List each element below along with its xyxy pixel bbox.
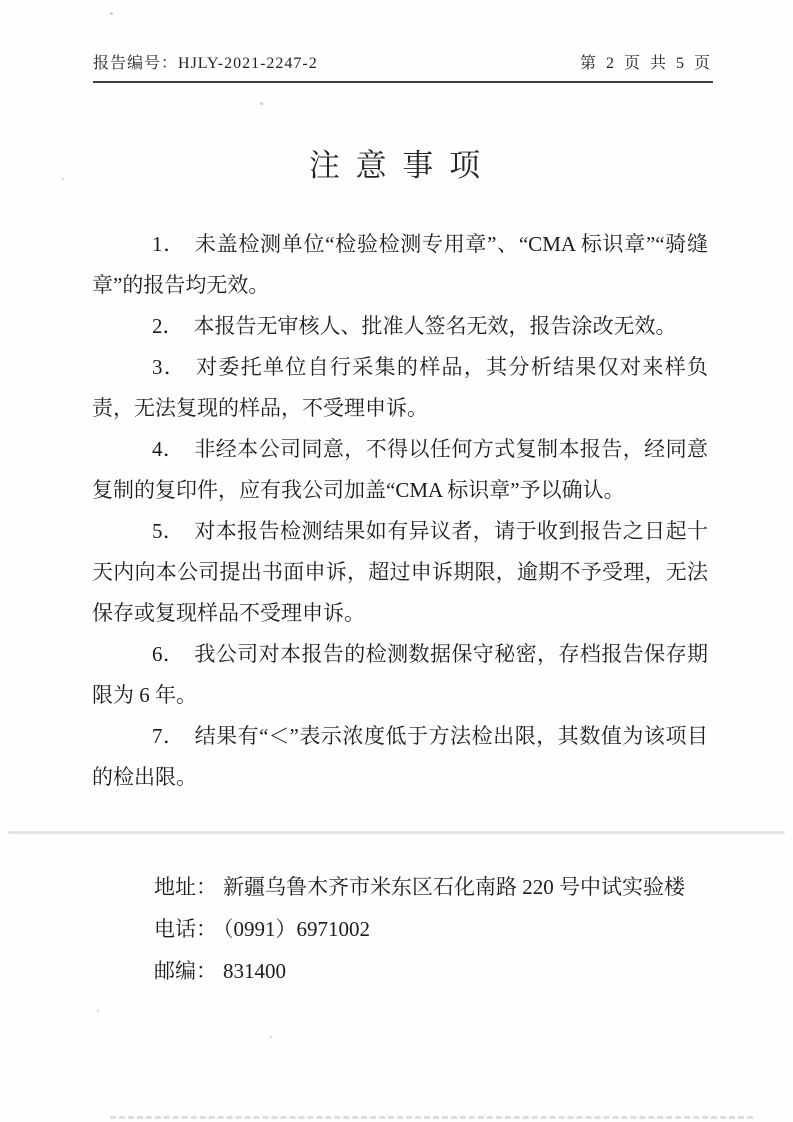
note-item-6: 6．我公司对本报告的检测数据保守秘密，存档报告保存期限为 6 年。	[92, 634, 708, 716]
note-item-3: 3．对委托单位自行采集的样品，其分析结果仅对来样负责，无法复现的样品，不受理申诉…	[92, 347, 708, 429]
page-header: 报告编号：HJLY-2021-2247-2 第 2 页 共 5 页	[93, 50, 713, 83]
note-text: 我公司对本报告的检测数据保守秘密，存档报告保存期限为 6 年。	[92, 642, 708, 707]
address-value: 新疆乌鲁木齐市米东区石化南路 220 号中试实验楼	[223, 875, 685, 899]
postcode-label: 邮编：	[154, 959, 217, 983]
report-number-label: 报告编号：	[93, 55, 178, 72]
phone-row: 电话：（0991）6971002	[154, 908, 685, 950]
address-label: 地址：	[154, 875, 217, 899]
page-indicator: 第 2 页 共 5 页	[580, 50, 713, 73]
note-number: 1．	[152, 232, 185, 256]
scan-speckle	[260, 102, 263, 105]
note-number: 4．	[152, 437, 184, 461]
scan-speckle	[62, 178, 64, 180]
soft-divider-line	[8, 831, 785, 834]
note-item-7: 7．结果有“＜”表示浓度低于方法检出限，其数值为该项目的检出限。	[92, 716, 708, 798]
contact-footer: 地址：新疆乌鲁木齐市米东区石化南路 220 号中试实验楼 电话：（0991）69…	[154, 866, 685, 992]
note-number: 2．	[152, 314, 184, 338]
note-number: 6．	[152, 642, 184, 666]
address-row: 地址：新疆乌鲁木齐市米东区石化南路 220 号中试实验楼	[154, 866, 685, 908]
note-item-4: 4．非经本公司同意，不得以任何方式复制本报告，经同意复制的复印件，应有我公司加盖…	[92, 429, 708, 511]
note-text: 本报告无审核人、批准人签名无效，报告涂改无效。	[194, 314, 677, 338]
page-title: 注 意 事 项	[0, 140, 793, 185]
note-item-5: 5．对本报告检测结果如有异议者，请于收到报告之日起十天内向本公司提出书面申诉，超…	[92, 511, 708, 634]
phone-value: （0991）6971002	[223, 917, 370, 941]
note-item-2: 2．本报告无审核人、批准人签名无效，报告涂改无效。	[92, 306, 708, 347]
scan-edge-artifact	[110, 1116, 753, 1119]
scan-speckle	[110, 12, 113, 15]
note-number: 3．	[152, 355, 186, 379]
report-number-value: HJLY-2021-2247-2	[178, 55, 318, 72]
postcode-value: 831400	[223, 959, 286, 983]
note-item-1: 1．未盖检测单位“检验检测专用章”、“CMA 标识章”“骑缝章”的报告均无效。	[92, 224, 708, 306]
scan-speckle	[97, 1010, 99, 1012]
note-text: 非经本公司同意，不得以任何方式复制本报告，经同意复制的复印件，应有我公司加盖“C…	[92, 437, 708, 502]
note-text: 对本报告检测结果如有异议者，请于收到报告之日起十天内向本公司提出书面申诉，超过申…	[92, 519, 708, 625]
note-number: 5．	[152, 519, 184, 543]
notes-list: 1．未盖检测单位“检验检测专用章”、“CMA 标识章”“骑缝章”的报告均无效。 …	[92, 224, 708, 798]
report-number: 报告编号：HJLY-2021-2247-2	[93, 50, 318, 73]
scan-speckle	[270, 1036, 272, 1038]
postcode-row: 邮编：831400	[154, 950, 685, 992]
note-number: 7．	[152, 724, 185, 748]
scanned-report-page: 报告编号：HJLY-2021-2247-2 第 2 页 共 5 页 注 意 事 …	[0, 0, 793, 1122]
phone-label: 电话：	[154, 917, 217, 941]
